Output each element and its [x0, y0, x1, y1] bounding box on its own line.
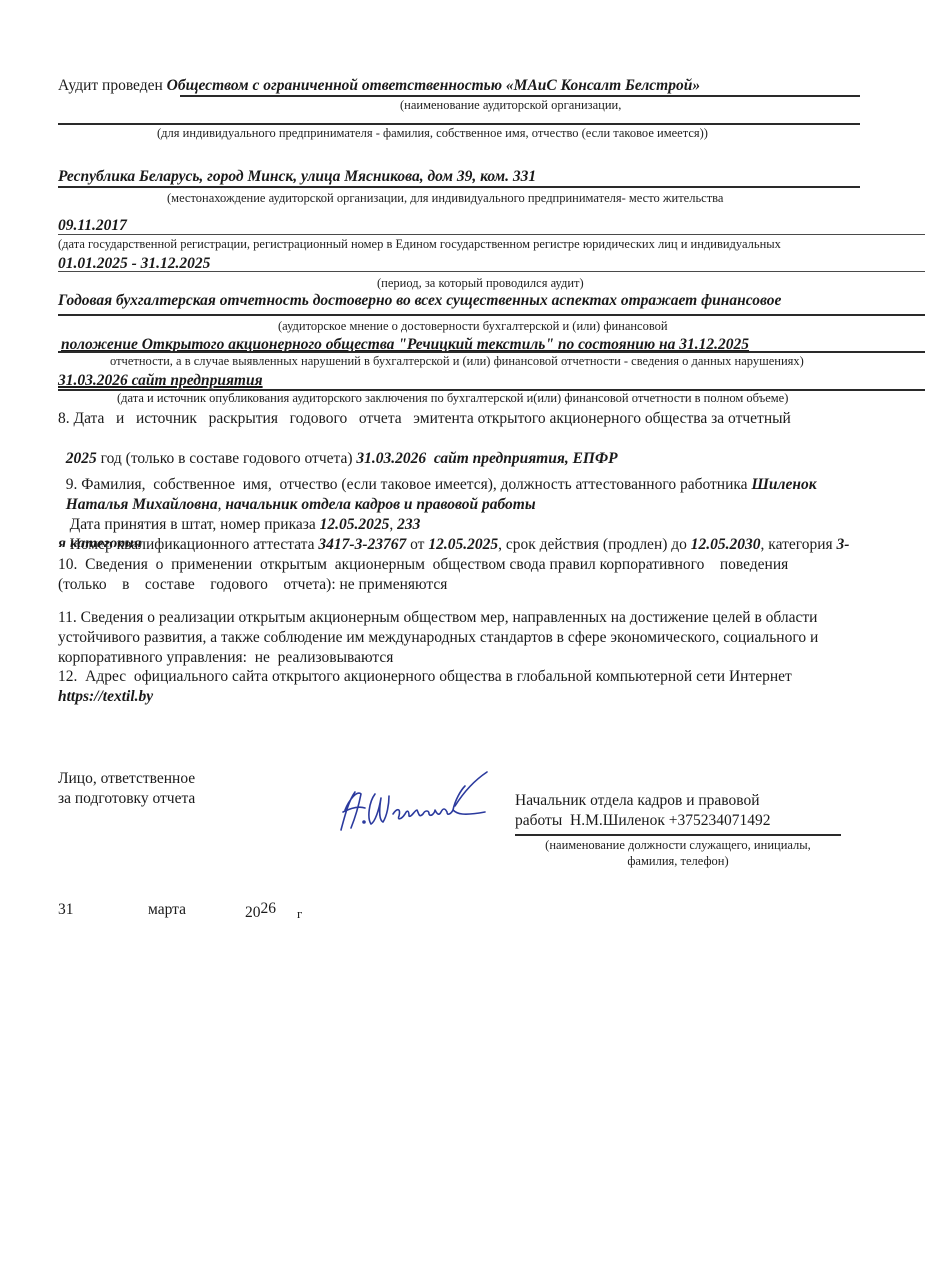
date-day: 31: [58, 900, 74, 920]
opinion-underline2: [58, 351, 925, 353]
section11-line1: 11. Сведения о реализации открытым акцио…: [58, 608, 817, 628]
signature-caption-line2: фамилия, телефон): [515, 854, 841, 869]
audit-label-row: Аудит проведен Обществом с ограниченной …: [58, 77, 700, 95]
period-caption: (период, за который проводился аудит): [377, 276, 584, 291]
category-a: 3-: [837, 536, 850, 553]
registration-date: 09.11.2017: [58, 217, 127, 235]
section11-line2: устойчивого развития, а также соблюдение…: [58, 628, 818, 648]
individual-caption: (для индивидуального предпринимателя - ф…: [157, 126, 708, 141]
audit-label: Аудит проведен: [58, 77, 163, 94]
date-year: 2026: [245, 900, 276, 918]
section10-line2: (только в составе годового отчета): не п…: [58, 575, 447, 595]
opinion-line1: Годовая бухгалтерская отчетность достове…: [58, 292, 781, 310]
category-b: я категория: [58, 534, 142, 547]
opinion-underline1: [58, 314, 925, 316]
date-year-prefix: 20: [245, 904, 261, 921]
period-underline: [58, 271, 925, 272]
audit-organization: Обществом с ограниченной ответственность…: [167, 77, 700, 94]
section8-line1: 8. Дата и источник раскрытия годового от…: [58, 409, 920, 429]
registration-caption: (дата государственной регистрации, регис…: [58, 237, 781, 252]
section12-line1: 12. Адрес официального сайта открытого а…: [58, 667, 792, 687]
org-caption: (наименование аудиторской организации,: [400, 98, 621, 113]
cert-date: 12.05.2025: [428, 536, 498, 553]
registration-underline: [58, 234, 925, 235]
cert-number: 3417-3-23767: [318, 536, 406, 553]
signature-image: [335, 770, 495, 840]
date-year-suffix: 26: [261, 900, 277, 917]
validity-date: 12.05.2030: [691, 536, 761, 553]
responsible-line1: Лицо, ответственное: [58, 769, 195, 789]
publication-caption: (дата и источник опубликования аудиторск…: [117, 391, 788, 406]
category-label: , категория: [761, 536, 837, 553]
cert-from: от: [406, 536, 428, 553]
section11-line3: корпоративного управления: не реализовыв…: [58, 648, 393, 668]
opinion-caption1: (аудиторское мнение о достоверности бухг…: [278, 319, 668, 334]
section9-surname: Шиленок: [751, 476, 816, 493]
individual-underline: [58, 123, 860, 125]
website-url[interactable]: https://textil.by: [58, 687, 153, 707]
validity-label: , срок действия (продлен) до: [498, 536, 691, 553]
opinion-caption2: отчетности, а в случае выявленных наруше…: [110, 354, 804, 369]
location-caption: (местонахождение аудиторской организации…: [167, 191, 723, 206]
date-month: марта: [148, 900, 186, 920]
audit-location: Республика Беларусь, город Минск, улица …: [58, 168, 536, 186]
signature-underline: [515, 834, 841, 836]
signature-caption-line1: (наименование должности служащего, иници…: [515, 838, 841, 853]
responsible-line2: за подготовку отчета: [58, 789, 195, 809]
position-line2: работы Н.М.Шиленок +375234071492: [515, 811, 770, 831]
section9-cert: Номер квалификационного аттестата 3417-3…: [58, 515, 849, 555]
location-underline: [58, 186, 860, 188]
position-line1: Начальник отдела кадров и правовой: [515, 791, 760, 811]
date-year-abbr: г: [297, 906, 302, 922]
organization-underline: [180, 95, 860, 97]
section10-line1: 10. Сведения о применении открытым акцио…: [58, 555, 788, 575]
publication-info: 31.03.2026 сайт предприятия: [58, 372, 263, 390]
